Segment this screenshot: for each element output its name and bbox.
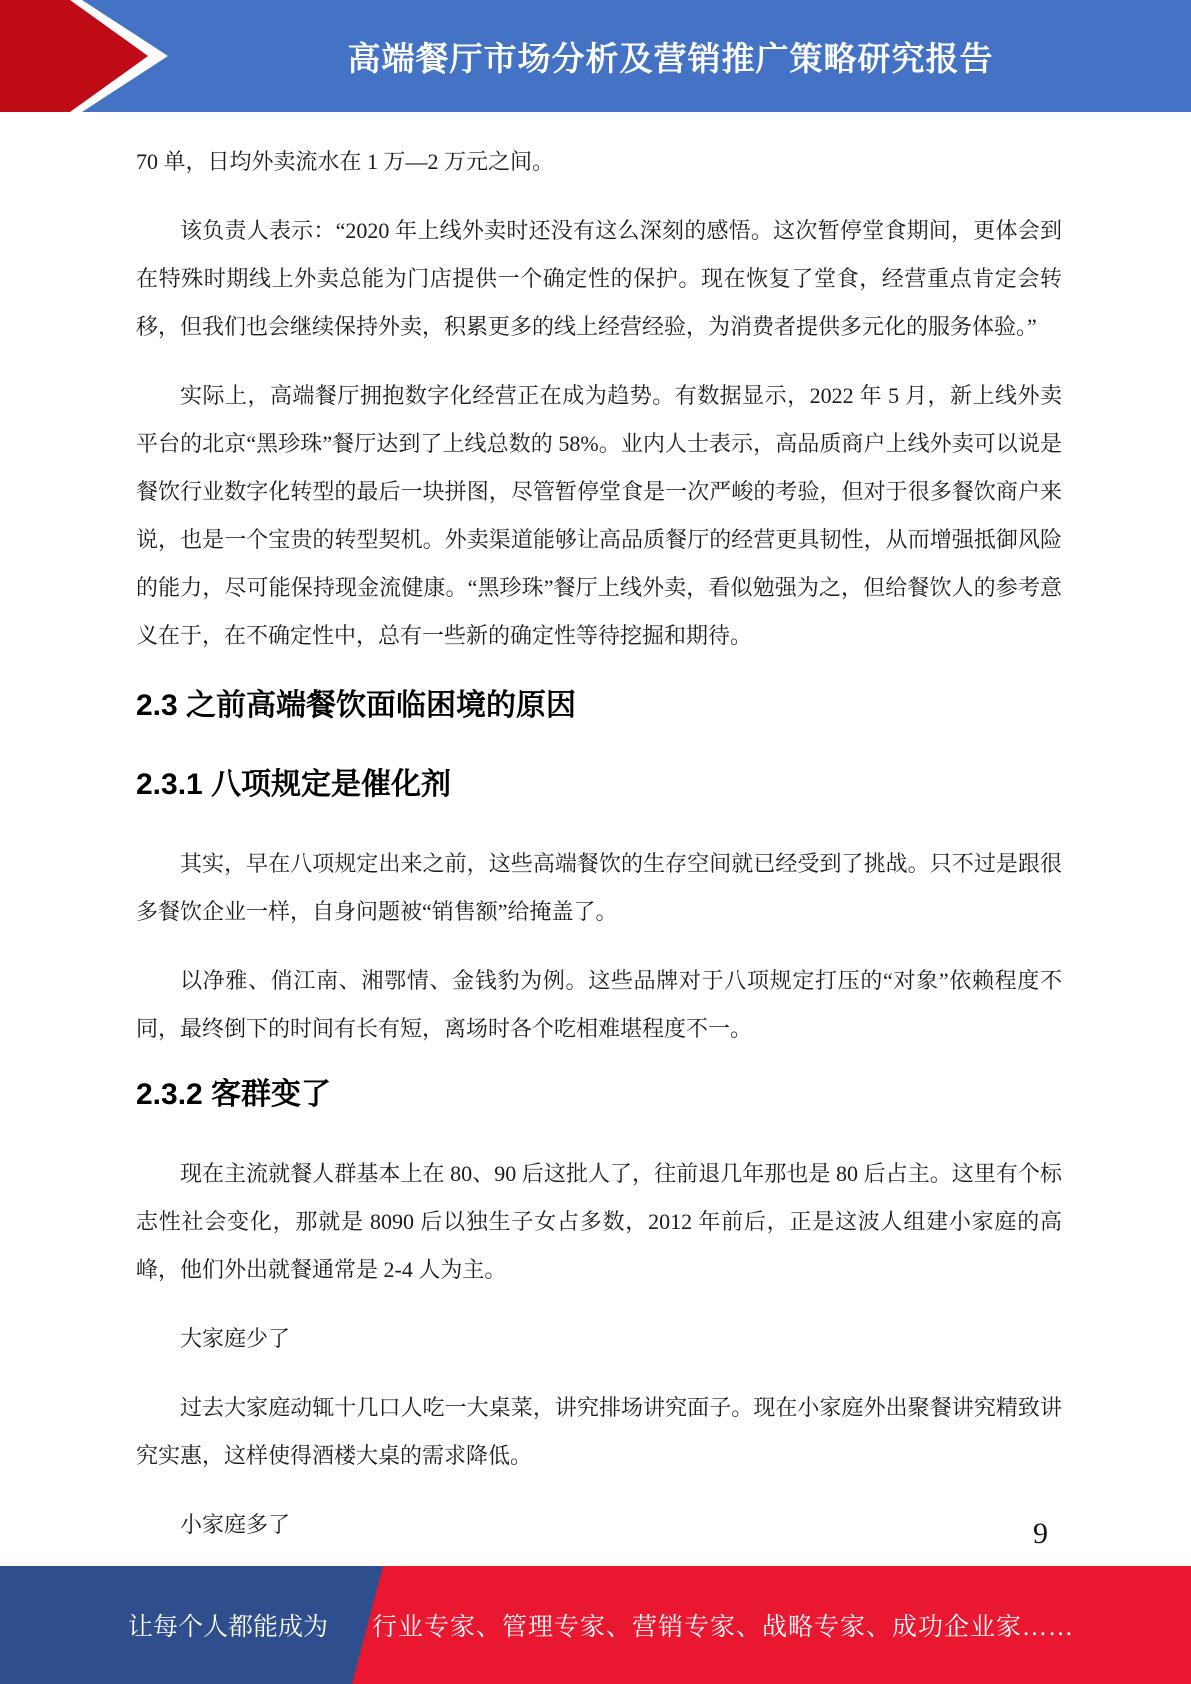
paragraph: 以净雅、俏江南、湘鄂情、金钱豹为例。这些品牌对于八项规定打压的“对象”依赖程度不… <box>136 957 1062 1053</box>
subsection-heading: 2.3.2 客群变了 <box>136 1074 1062 1116</box>
paragraph: 大家庭少了 <box>136 1315 1062 1363</box>
paragraph: 现在主流就餐人群基本上在 80、90 后这批人了，往前退几年那也是 80 后占主… <box>136 1150 1062 1294</box>
page: { "colors": { "header_blue": "#4472C4", … <box>0 0 1191 1684</box>
paragraph: 70 单，日均外卖流水在 1 万—2 万元之间。 <box>136 138 1062 186</box>
paragraph: 小家庭多了 <box>136 1501 1062 1549</box>
paragraph: 该负责人表示：“2020 年上线外卖时还没有这么深刻的感悟。这次暂停堂食期间，更… <box>136 207 1062 351</box>
paragraph: 实际上，高端餐厅拥抱数字化经营正在成为趋势。有数据显示，2022 年 5 月，新… <box>136 372 1062 660</box>
page-number: 9 <box>1033 1518 1048 1550</box>
report-title: 高端餐厅市场分析及营销推广策略研究报告 <box>190 0 1151 112</box>
document-body: 70 单，日均外卖流水在 1 万—2 万元之间。该负责人表示：“2020 年上线… <box>136 112 1062 1570</box>
header-band: 高端餐厅市场分析及营销推广策略研究报告 <box>0 0 1191 112</box>
section-heading: 2.3 之前高端餐饮面临困境的原因 <box>136 684 1062 728</box>
subsection-heading: 2.3.1 八项规定是催化剂 <box>136 764 1062 806</box>
chevron-arrow-icon <box>0 0 190 112</box>
footer-slogan-left: 让每个人都能成为 <box>128 1566 308 1684</box>
footer-band: 让每个人都能成为 行业专家、管理专家、营销专家、战略专家、成功企业家…… <box>0 1566 1191 1684</box>
paragraph: 其实，早在八项规定出来之前，这些高端餐饮的生存空间就已经受到了挑战。只不过是跟很… <box>136 840 1062 936</box>
footer-slogan-right: 行业专家、管理专家、营销专家、战略专家、成功企业家…… <box>372 1566 1171 1684</box>
paragraph: 过去大家庭动辄十几口人吃一大桌菜，讲究排场讲究面子。现在小家庭外出聚餐讲究精致讲… <box>136 1384 1062 1480</box>
